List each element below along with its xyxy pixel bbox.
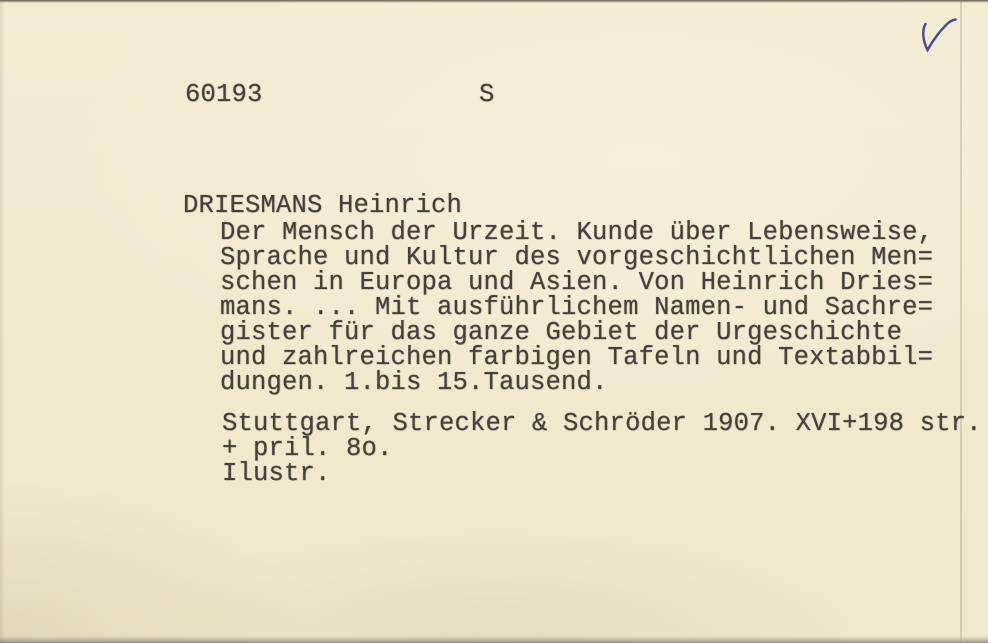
title-line: schen in Europa und Asien. Von Heinrich … bbox=[220, 270, 933, 295]
section-letter: S bbox=[479, 82, 495, 107]
title-line: dungen. 1.bis 15.Tausend. bbox=[220, 370, 933, 395]
imprint-line: + pril. 8o. bbox=[222, 436, 982, 461]
call-number: 60193 bbox=[185, 82, 263, 107]
title-line: und zahlreichen farbigen Tafeln und Text… bbox=[220, 345, 933, 370]
checkmark-stroke bbox=[923, 20, 955, 51]
imprint-paragraph: Stuttgart, Strecker & Schröder 1907. XVI… bbox=[222, 411, 982, 486]
title-line: Der Mensch der Urzeit. Kunde über Lebens… bbox=[220, 220, 933, 245]
title-paragraph: Der Mensch der Urzeit. Kunde über Lebens… bbox=[220, 220, 933, 395]
author-heading: DRIESMANS Heinrich bbox=[183, 193, 462, 218]
imprint-line: Stuttgart, Strecker & Schröder 1907. XVI… bbox=[222, 411, 982, 436]
card-crease-line bbox=[960, 0, 962, 643]
card-top-edge bbox=[0, 0, 988, 3]
catalog-card: 60193 S DRIESMANS Heinrich Der Mensch de… bbox=[0, 0, 988, 643]
card-bottom-edge bbox=[0, 636, 988, 643]
card-left-edge bbox=[0, 0, 5, 643]
imprint-line: Ilustr. bbox=[222, 461, 982, 486]
checkmark-icon bbox=[917, 17, 962, 59]
title-line: Sprache und Kultur des vorgeschichtliche… bbox=[220, 245, 933, 270]
title-line: gister für das ganze Gebiet der Urgeschi… bbox=[220, 320, 933, 345]
title-line: mans. ... Mit ausführlichem Namen- und S… bbox=[220, 295, 933, 320]
